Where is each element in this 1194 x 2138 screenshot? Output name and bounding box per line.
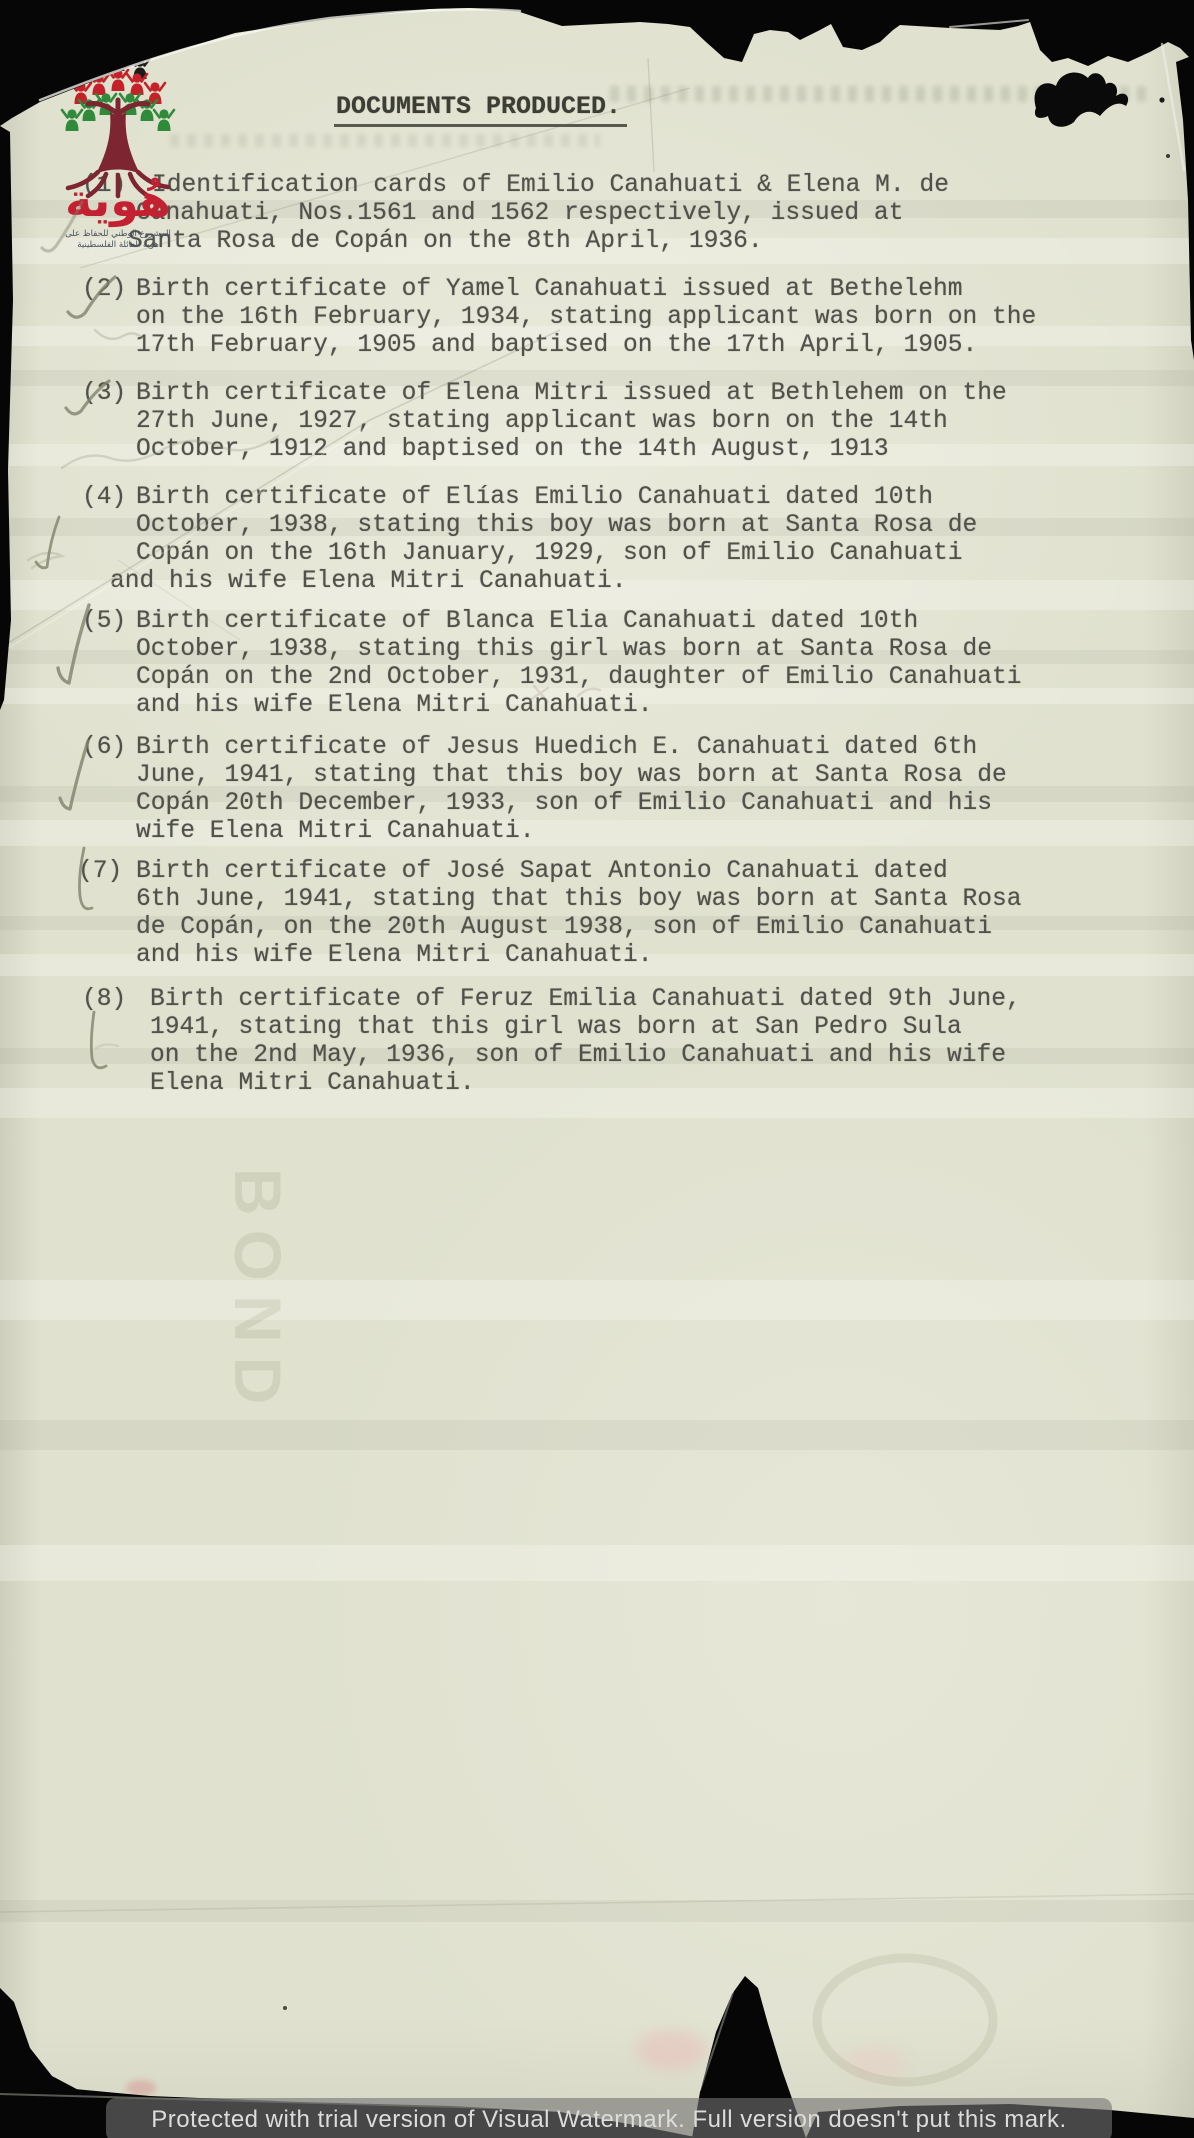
- paper-sheet: BOND DOCUMENTS PRODUCED. (1) Identificat…: [0, 0, 1194, 2138]
- item-line: Birth certificate of Feruz Emilia Canahu…: [150, 986, 1021, 1014]
- item-line: and his wife Elena Mitri Canahuati.: [136, 692, 1022, 720]
- item-line: Birth certificate of Jesus Huedich E. Ca…: [136, 734, 1007, 762]
- item-line: Identification cards of Emilio Canahuati…: [152, 172, 949, 200]
- paper-stain: [846, 2046, 906, 2080]
- item-number: (8): [82, 986, 126, 1014]
- item-number: (7): [78, 858, 122, 886]
- paper-stain: [636, 2030, 706, 2070]
- paper-stain: [126, 2080, 156, 2096]
- item-line: 17th February, 1905 and baptised on the …: [136, 332, 1036, 360]
- item-line: Canahuati, Nos.1561 and 1562 respectivel…: [136, 200, 949, 228]
- item-line: 27th June, 1927, stating applicant was b…: [136, 408, 1007, 436]
- stamp-ghost: [817, 1958, 993, 2082]
- item-line: Copán on the 16th January, 1929, son of …: [136, 540, 977, 568]
- item-number: (2): [82, 276, 126, 304]
- item-number: (5): [82, 608, 126, 636]
- scan-band: [0, 1900, 1194, 1922]
- logo-subtitle-line1: المشروع الوطني للحفاظ على: [65, 229, 171, 239]
- huwiyya-logo: هُوية المشروع الوطني للحفاظ على هوية الع…: [48, 40, 188, 270]
- torn-edge-bottom-left: [0, 1988, 120, 2100]
- item-line: Elena Mitri Canahuati.: [150, 1070, 1021, 1098]
- item-line: June, 1941, stating that this boy was bo…: [136, 762, 1007, 790]
- item-line: and his wife Elena Mitri Canahuati.: [136, 942, 1022, 970]
- ink-speck: [283, 2006, 287, 2010]
- item-line: on the 2nd May, 1936, son of Emilio Cana…: [150, 1042, 1021, 1070]
- item-line: Copán on the 2nd October, 1931, daughter…: [136, 664, 1022, 692]
- item-line: de Copán, on the 20th August 1938, son o…: [136, 914, 1022, 942]
- item-line: October, 1938, stating this girl was bor…: [136, 636, 1022, 664]
- torn-edge-right: [1176, 55, 1194, 360]
- visual-watermark-bar: Protected with trial version of Visual W…: [106, 2098, 1112, 2138]
- ink-blob: [1035, 72, 1129, 126]
- document-title: DOCUMENTS PRODUCED.: [334, 92, 627, 127]
- scan-band: [0, 1545, 1194, 1581]
- item-line: 6th June, 1941, stating that this boy wa…: [136, 886, 1022, 914]
- logo-subtitle-line2: هوية العائلة الفلسطينية: [77, 240, 158, 250]
- item-number: (3): [82, 380, 126, 408]
- item-line: October, 1938, stating this boy was born…: [136, 512, 977, 540]
- item-line: Santa Rosa de Copán on the 8th April, 19…: [128, 228, 949, 256]
- ink-speck: [1159, 97, 1164, 102]
- item-line: Copán 20th December, 1933, son of Emilio…: [136, 790, 1007, 818]
- ghost-text-bleed: [170, 134, 600, 147]
- scan-band: [0, 1420, 1194, 1450]
- item-line: Birth certificate of Elías Emilio Canahu…: [136, 484, 977, 512]
- item-line: 1941, stating that this girl was born at…: [150, 1014, 1021, 1042]
- item-line: on the 16th February, 1934, stating appl…: [136, 304, 1036, 332]
- paper-bond-watermark: BOND: [220, 1168, 296, 1418]
- item-line: Birth certificate of Elena Mitri issued …: [136, 380, 1007, 408]
- item-line: Birth certificate of Blanca Elia Canahua…: [136, 608, 1022, 636]
- item-line: October, 1912 and baptised on the 14th A…: [136, 436, 1007, 464]
- item-line: Birth certificate of Yamel Canahuati iss…: [136, 276, 1036, 304]
- item-number: (6): [82, 734, 126, 762]
- item-number: (4): [82, 484, 126, 512]
- visual-watermark-text: Protected with trial version of Visual W…: [151, 2106, 1066, 2134]
- ink-speck: [1166, 154, 1170, 158]
- item-line: Birth certificate of José Sapat Antonio …: [136, 858, 1022, 886]
- logo-arabic-title: هُوية: [65, 173, 171, 227]
- item-line: and his wife Elena Mitri Canahuati.: [110, 568, 977, 596]
- scanned-document-page: BOND DOCUMENTS PRODUCED. (1) Identificat…: [0, 0, 1194, 2138]
- ghost-text-bleed: [610, 86, 1150, 102]
- item-line: wife Elena Mitri Canahuati.: [136, 818, 1007, 846]
- torn-edge-left: [0, 126, 13, 710]
- scan-band: [0, 1280, 1194, 1320]
